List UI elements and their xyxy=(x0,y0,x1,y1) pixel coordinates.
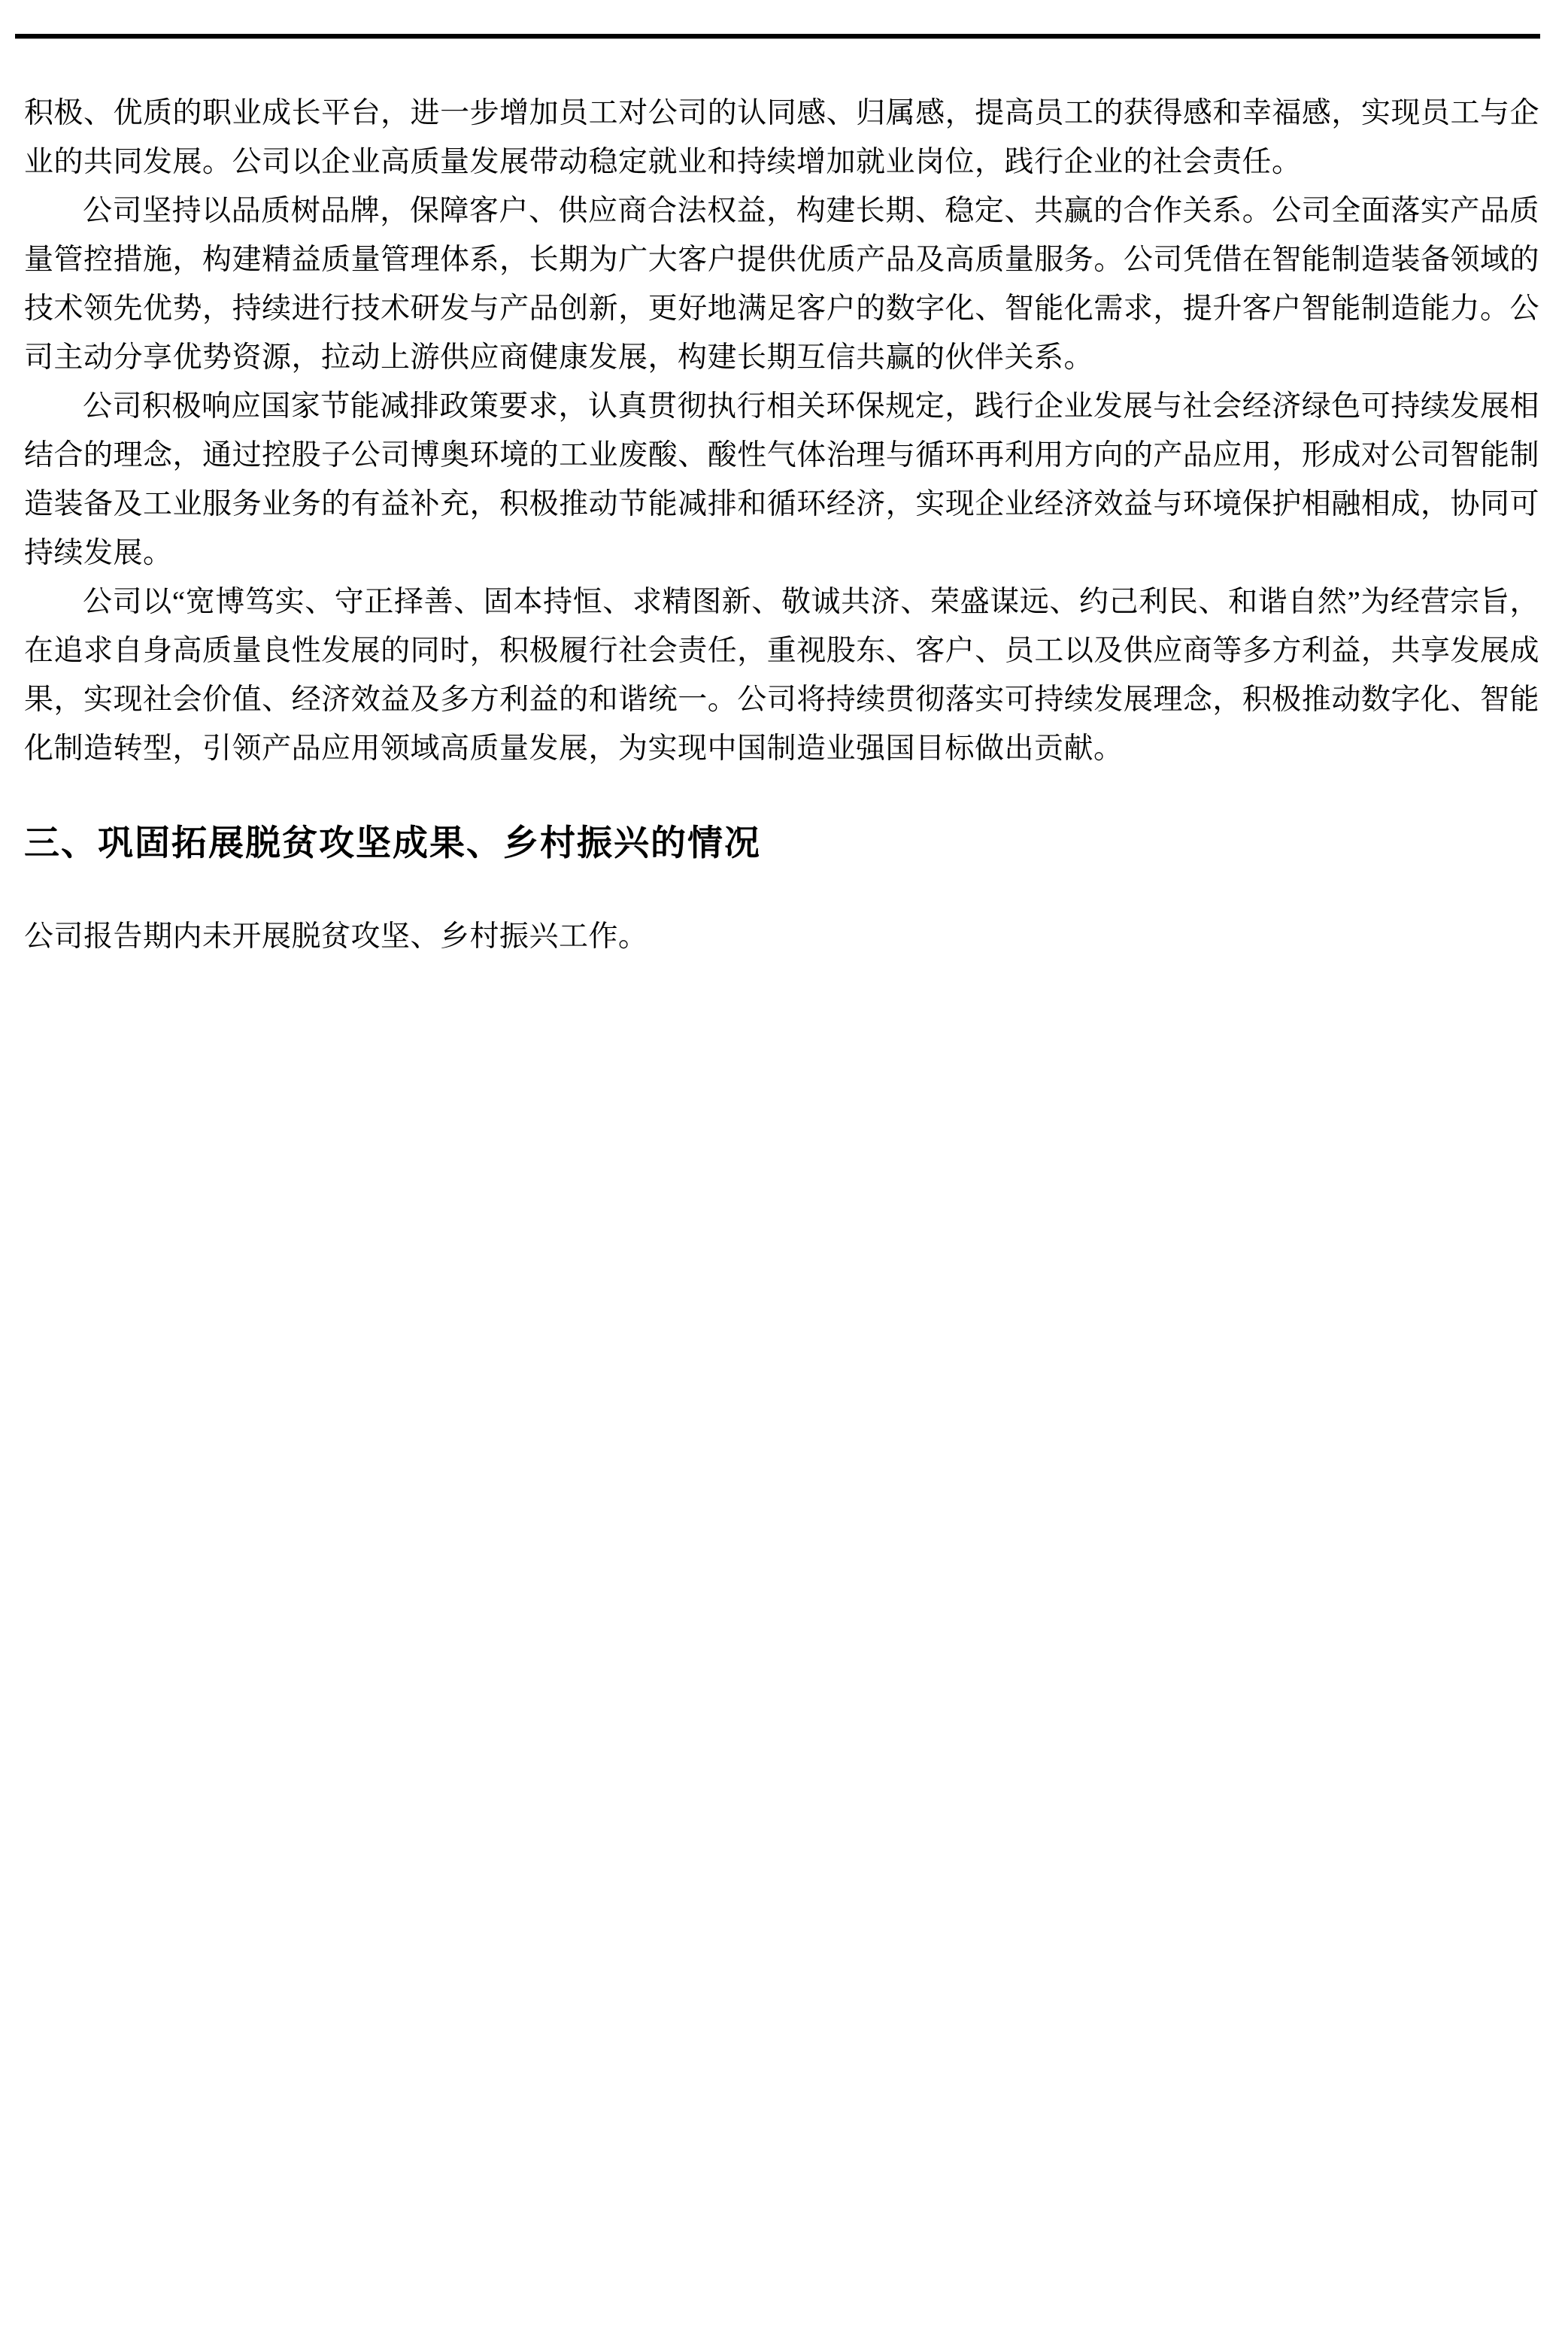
paragraph-employee-development: 积极、优质的职业成长平台，进一步增加员工对公司的认同感、归属感，提高员工的获得感… xyxy=(24,89,1539,186)
page-content: 积极、优质的职业成长平台，进一步增加员工对公司的认同感、归属感，提高员工的获得感… xyxy=(24,89,1539,961)
paragraph-business-philosophy: 公司以“宽博笃实、守正择善、固本持恒、求精图新、敬诚共济、荣盛谋远、约己利民、和… xyxy=(24,578,1539,773)
paragraph-quality-brand: 公司坚持以品质树品牌，保障客户、供应商合法权益，构建长期、稳定、共赢的合作关系。… xyxy=(24,186,1539,382)
paragraph-energy-saving: 公司积极响应国家节能减排政策要求，认真贯彻执行相关环保规定，践行企业发展与社会经… xyxy=(24,382,1539,578)
header-rule xyxy=(15,34,1540,39)
report-page: 积极、优质的职业成长平台，进一步增加员工对公司的认同感、归属感，提高员工的获得感… xyxy=(0,0,1568,2350)
paragraph-closing-statement: 公司报告期内未开展脱贫攻坚、乡村振兴工作。 xyxy=(24,912,1539,961)
section-heading-rural-revitalization: 三、巩固拓展脱贫攻坚成果、乡村振兴的情况 xyxy=(24,817,1539,869)
